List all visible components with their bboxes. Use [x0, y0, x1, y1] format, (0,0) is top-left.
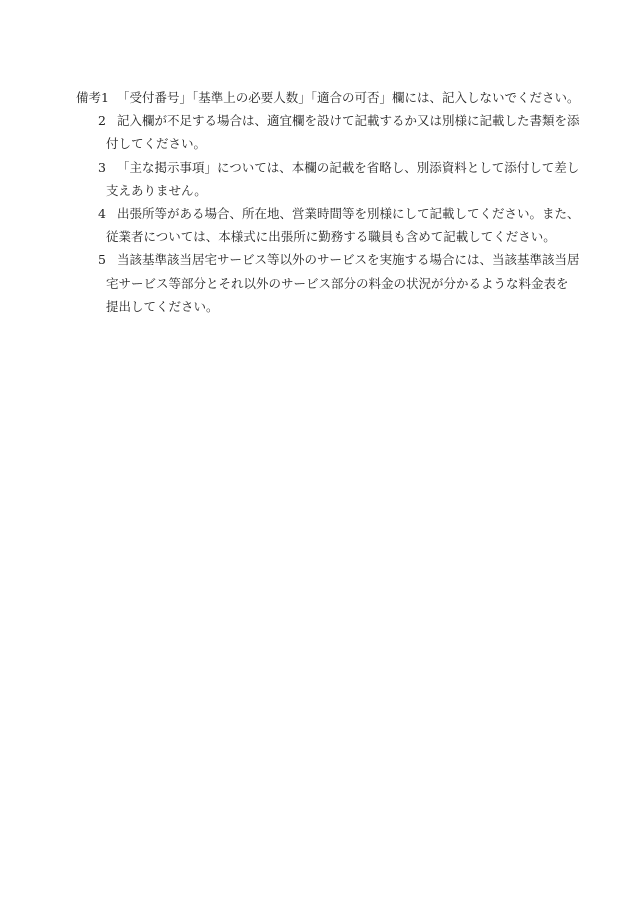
remark-1: 備考1「受付番号」「基準上の必要人数」「適合の可否」欄には、記入しないでください…	[76, 86, 560, 109]
remark-4: 4出張所等がある場合、所在地、営業時間等を別様にして記載してください。また、 従…	[76, 202, 560, 248]
remark-text: 当該基準該当居宅サービス等以外のサービスを実施する場合には、当該基準該当居	[117, 252, 580, 267]
remark-number: 2	[98, 109, 117, 132]
remark-text: 出張所等がある場合、所在地、営業時間等を別様にして記載してください。また、	[117, 206, 580, 221]
remarks-section: 備考1「受付番号」「基準上の必要人数」「適合の可否」欄には、記入しないでください…	[76, 86, 560, 318]
remark-text-continued: 提出してください。	[106, 299, 219, 314]
remark-text-continued: 従業者については、本様式に出張所に勤務する職員も含めて記載してください。	[106, 229, 556, 244]
remark-2: 2記入欄が不足する場合は、適宜欄を設けて記載するか又は別様に記載した書類を添 付…	[76, 109, 560, 155]
remark-text: 記入欄が不足する場合は、適宜欄を設けて記載するか又は別様に記載した書類を添	[117, 113, 580, 128]
remark-text-continued: 宅サービス等部分とそれ以外のサービス部分の料金の状況が分かるような料金表を	[106, 276, 569, 291]
remark-text: 「受付番号」「基準上の必要人数」「適合の可否」欄には、記入しないでください。	[117, 90, 580, 105]
remark-text-continued: 支えありません。	[106, 183, 207, 198]
remark-text: 「主な掲示事項」については、本欄の記載を省略し、別添資料として添付して差し	[117, 160, 579, 175]
remark-number: 5	[98, 248, 117, 271]
remark-3: 3「主な掲示事項」については、本欄の記載を省略し、別添資料として添付して差し 支…	[76, 156, 560, 202]
remark-label: 備考1	[76, 86, 117, 109]
remark-number: 3	[98, 156, 117, 179]
remark-text-continued: 付してください。	[106, 136, 206, 151]
remark-number: 4	[98, 202, 117, 225]
remark-5: 5当該基準該当居宅サービス等以外のサービスを実施する場合には、当該基準該当居 宅…	[76, 248, 560, 318]
